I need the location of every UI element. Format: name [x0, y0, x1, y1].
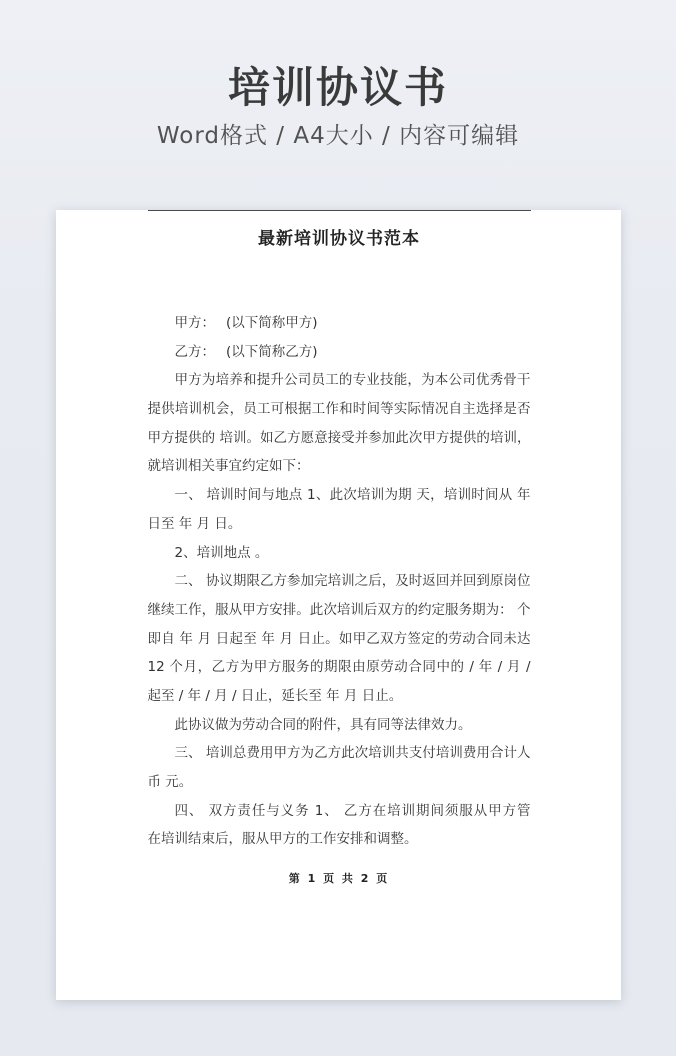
document-line: 日至 年 月 日。 [148, 510, 531, 539]
document-line: 一、 培训时间与地点 1、此次培训为期 天，培训时间从 年 月 [148, 481, 531, 510]
document-line: 四、 双方责任与义务 1、 乙方在培训期间须服从甲方管理，并 [148, 797, 531, 826]
document-line: 提供培训机会，员工可根据工作和时间等实际情况自主选择是否参加 [148, 395, 531, 424]
poster-subtitle: Word格式 / A4大小 / 内容可编辑 [0, 122, 676, 150]
document-line: 甲方为培养和提升公司员工的专业技能，为本公司优秀骨干员工 [148, 366, 531, 395]
document-line: 币 元。 [148, 768, 531, 797]
document-line: 二、 协议期限乙方参加完培训之后，及时返回并回到原岗位上 [148, 567, 531, 596]
document-title: 最新培训协议书范本 [148, 227, 531, 251]
document-line: 起至 / 年 / 月 / 日止，延长至 年 月 日止。 [148, 682, 531, 711]
document-line: 甲方提供的 培训。如乙方愿意接受并参加此次甲方提供的培训，需 [148, 424, 531, 453]
document-body: 甲方： (以下简称甲方)乙方： (以下简称乙方)甲方为培养和提升公司员工的专业技… [148, 309, 531, 854]
document-line: 2、培训地点 。 [148, 539, 531, 568]
poster-background: 培训协议书 Word格式 / A4大小 / 内容可编辑 最新培训协议书范本 甲方… [0, 0, 676, 1056]
document-line: 甲方： (以下简称甲方) [148, 309, 531, 338]
document-line: 即自 年 月 日起至 年 月 日止。如甲乙双方签定的劳动合同未达 [148, 625, 531, 654]
document-line: 在培训结束后，服从甲方的工作安排和调整。 [148, 825, 531, 854]
document-page: 最新培训协议书范本 甲方： (以下简称甲方)乙方： (以下简称乙方)甲方为培养和… [56, 210, 621, 1000]
document-line: 就培训相关事宜约定如下： [148, 452, 531, 481]
document-line: 此协议做为劳动合同的附件，具有同等法律效力。 [148, 711, 531, 740]
page-number-footer: 第 1 页 共 2 页 [148, 871, 531, 887]
poster-header: 培训协议书 Word格式 / A4大小 / 内容可编辑 [0, 0, 676, 150]
document-line: 12 个月，乙方为甲方服务的期限由原劳动合同中的 / 年 / 月 / 日 [148, 653, 531, 682]
document-line: 三、 培训总费用甲方为乙方此次培训共支付培训费用合计人民 [148, 739, 531, 768]
title-divider-rule [148, 210, 531, 211]
document-line: 继续工作，服从甲方安排。此次培训后双方的约定服务期为： 个月， [148, 596, 531, 625]
document-line: 乙方： (以下简称乙方) [148, 338, 531, 367]
poster-title: 培训协议书 [0, 64, 676, 112]
